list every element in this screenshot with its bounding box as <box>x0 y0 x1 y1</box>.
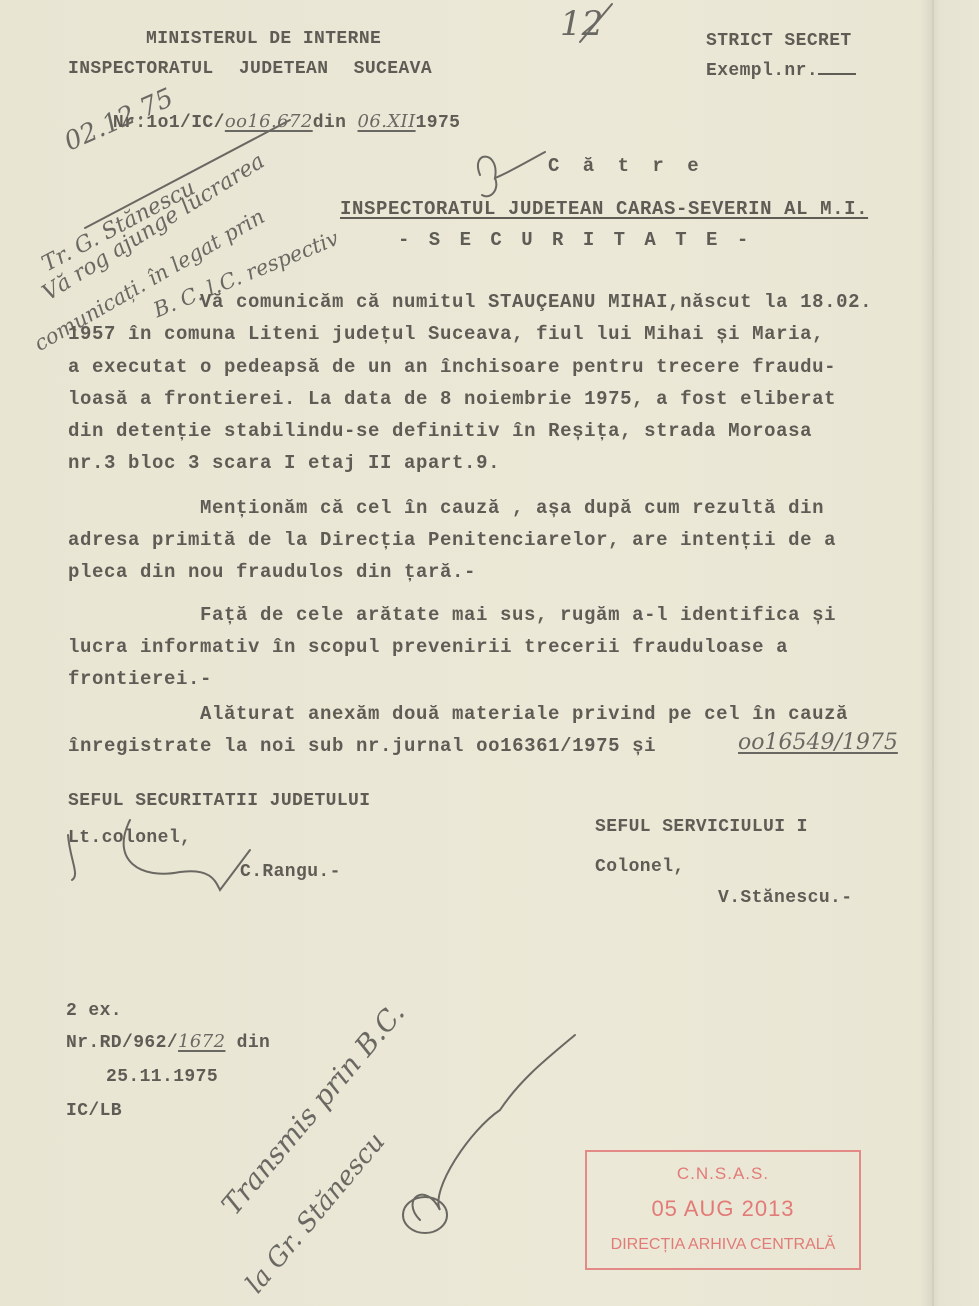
body-p1-line-6: nr.3 bloc 3 scara I etaj II apart.9. <box>68 452 500 474</box>
handwritten-journal-ref: oo16549/1975 <box>738 730 898 755</box>
recipient-institution: INSPECTORATUL JUDETEAN CARAS-SEVERIN AL … <box>340 198 868 220</box>
right-signatory-title: SEFUL SERVICIULUI I <box>595 817 808 837</box>
handwritten-page-number: 12 <box>560 4 603 44</box>
body-p4-line-2: înregistrate la noi sub nr.jurnal oo1636… <box>68 735 656 757</box>
right-signatory-rank: Colonel, <box>595 857 685 877</box>
registration-date: 25.11.1975 <box>106 1067 218 1087</box>
stamp-division: DIRECȚIA ARHIVA CENTRALĂ <box>587 1236 859 1254</box>
signature-stanescu <box>413 1035 575 1220</box>
archive-stamp: C.N.S.A.S. 05 AUG 2013 DIRECȚIA ARHIVA C… <box>585 1150 861 1270</box>
left-signatory-title: SEFUL SECURITATII JUDETULUI <box>68 791 370 811</box>
reference-year: 1975 <box>416 113 461 133</box>
right-signatory-name: V.Stănescu.- <box>718 888 852 908</box>
to-label: C ă t r e <box>548 155 705 177</box>
initials-mark <box>478 152 545 196</box>
reference-handwritten-number: oo16.672 <box>225 111 313 132</box>
registration-number: Nr.RD/962/1672 din <box>66 1031 270 1053</box>
page-edge <box>932 0 934 1306</box>
classification-label: STRICT SECRET <box>706 31 852 51</box>
copy-number-label: Exempl.nr. <box>706 61 856 81</box>
copies-count: 2 ex. <box>66 1001 122 1021</box>
stamp-institution: C.N.S.A.S. <box>587 1164 859 1184</box>
registration-handwritten: 1672 <box>178 1031 225 1052</box>
left-signatory-rank: Lt.colonel, <box>68 828 191 848</box>
stamp-date: 05 AUG 2013 <box>587 1196 859 1222</box>
body-p2-line-1: Menționăm că cel în cauză , așa după cum… <box>200 497 824 519</box>
body-p2-line-3: pleca din nou fraudulos din țară.- <box>68 561 476 583</box>
body-p3-line-2: lucra informativ în scopul prevenirii tr… <box>68 636 788 658</box>
reference-din: din <box>313 113 347 133</box>
body-p3-line-3: frontierei.- <box>68 668 212 690</box>
body-p4-line-1: Alăturat anexăm două materiale privind p… <box>200 703 848 725</box>
body-p3-line-1: Față de cele arătate mai sus, rugăm a-l … <box>200 604 836 626</box>
body-p2-line-2: adresa primită de la Direcția Penitencia… <box>68 529 836 551</box>
body-p1-line-3: a executat o pedeapsă de un an închisoar… <box>68 356 836 378</box>
body-p1-line-2: 1957 în comuna Liteni județul Suceava, f… <box>68 323 824 345</box>
recipient-department: - S E C U R I T A T E - <box>398 229 752 251</box>
reference-handwritten-date: 06.XII <box>358 111 416 132</box>
left-signatory-name: C.Rangu.- <box>240 862 341 882</box>
inspectorate-header: INSPECTORATUL JUDETEAN SUCEAVA <box>68 59 432 79</box>
document-page: MINISTERUL DE INTERNE INSPECTORATUL JUDE… <box>0 0 979 1306</box>
typist-initials: IC/LB <box>66 1101 122 1121</box>
ministry-header: MINISTERUL DE INTERNE <box>146 29 381 49</box>
body-p1-line-4: loasă a frontierei. La data de 8 noiembr… <box>68 388 836 410</box>
body-p1-line-1: Vă comunicăm că numitul STAUÇEANU MIHAI,… <box>200 291 872 313</box>
body-p1-line-5: din detenție stabilindu-se definitiv în … <box>68 420 812 442</box>
